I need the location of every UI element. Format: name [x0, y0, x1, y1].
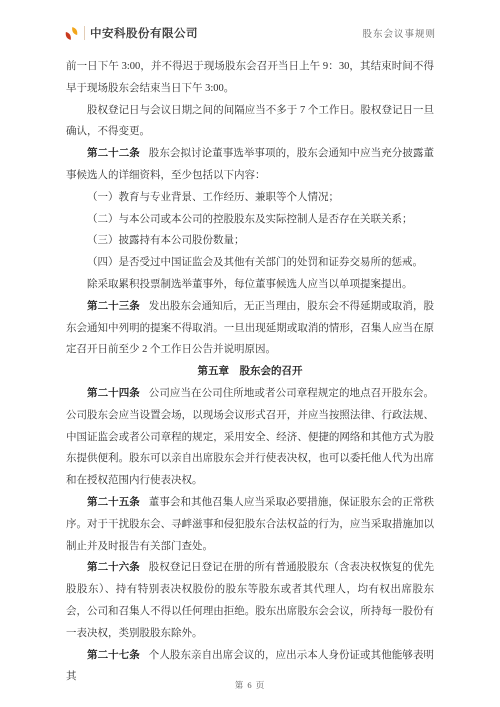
paragraph: 第二十五条董事会和其他召集人应当采取必要措施，保证股东会的正常秩序。对于干扰股东… [66, 492, 434, 557]
document-page: 中安科股份有限公司 股东会议事规则 前一日下午 3:00，并不得迟于现场股东会召… [0, 0, 500, 707]
paragraph: （一）教育与专业背景、工作经历、兼职等个人情况； [66, 187, 434, 209]
paragraph: 股权登记日与会议日期之间的间隔应当不多于 7 个工作日。股权登记日一旦确认，不得… [66, 100, 434, 144]
article-number: 第二十三条 [87, 301, 140, 312]
document-body: 前一日下午 3:00，并不得迟于现场股东会召开当日上午 9：30，其结束时间不得… [66, 56, 434, 688]
document-title: 股东会议事规则 [362, 26, 436, 40]
page-footer: 第 6 页 [0, 679, 500, 691]
paragraph: 除采取累积投票制选举董事外，每位董事候选人应当以单项提案提出。 [66, 274, 434, 296]
paragraph: 第二十六条股权登记日登记在册的所有普通股股东（含表决权恢复的优先股股东）、持有特… [66, 557, 434, 644]
paragraph: 第二十二条股东会拟讨论董事选举事项的，股东会通知中应当充分披露董事候选人的详细资… [66, 143, 434, 187]
article-number: 第二十五条 [87, 497, 140, 508]
paragraph-text: 股权登记日登记在册的所有普通股股东（含表决权恢复的优先股股东）、持有特别表决权股… [66, 562, 434, 638]
company-name: 中安科股份有限公司 [90, 25, 198, 41]
paragraph: （二）与本公司或本公司的控股股东及实际控制人是否存在关联关系； [66, 209, 434, 231]
paragraph: 前一日下午 3:00，并不得迟于现场股东会召开当日上午 9：30，其结束时间不得… [66, 56, 434, 100]
paragraph-text: 公司应当在公司住所地或者公司章程规定的地点召开股东会。公司股东会应当设置会场，以… [66, 388, 434, 486]
paragraph: （四）是否受过中国证监会及其他有关部门的处罚和证券交易所的惩戒。 [66, 252, 434, 274]
company-logo: 中安科股份有限公司 [64, 25, 198, 41]
paragraph: 第二十三条发出股东会通知后，无正当理由，股东会不得延期或取消，股东会通知中列明的… [66, 296, 434, 361]
page-header: 中安科股份有限公司 股东会议事规则 [64, 22, 436, 44]
article-number: 第二十二条 [87, 148, 140, 159]
logo-divider [84, 26, 85, 40]
article-number: 第二十六条 [87, 562, 140, 573]
article-number: 第二十四条 [87, 388, 140, 399]
paragraph: （三）披露持有本公司股份数量； [66, 230, 434, 252]
page-number: 第 6 页 [235, 680, 266, 690]
article-number: 第二十七条 [87, 650, 140, 661]
chapter-heading: 第五章 股东会的召开 [66, 361, 434, 383]
logo-diamond-icon [64, 26, 79, 41]
paragraph: 第二十四条公司应当在公司住所地或者公司章程规定的地点召开股东会。公司股东会应当设… [66, 383, 434, 492]
